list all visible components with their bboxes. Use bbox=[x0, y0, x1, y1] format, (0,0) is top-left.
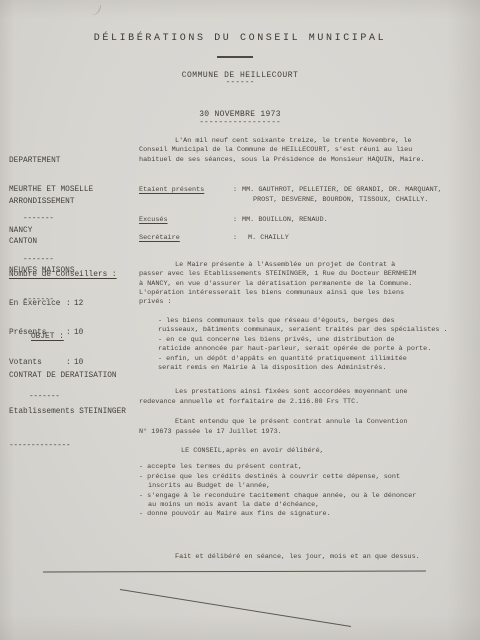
department-label: DEPARTEMENT bbox=[9, 157, 93, 167]
opening-paragraph: L'An mil neuf cent soixante treize, le t… bbox=[139, 137, 444, 165]
objet-heading: OBJET : bbox=[9, 333, 126, 343]
secretary-row: Secrétaire:M. CHAILLY bbox=[139, 234, 444, 243]
body-line: Le Maire présente à l'Assemblée un proje… bbox=[139, 261, 444, 270]
scanned-document-page: DÉLIBÉRATIONS DU CONSEIL MUNICIPAL COMMU… bbox=[0, 0, 480, 640]
convention-paragraph: Etant entendu que le présent contrat ann… bbox=[139, 418, 444, 437]
measure-line: - en ce qui concerne les biens privés, u… bbox=[139, 336, 444, 345]
fee-paragraph: Les prestations ainsi fixées sont accord… bbox=[139, 388, 444, 407]
objet-block: OBJET : CONTRAT DE DERATISATION Etabliss… bbox=[9, 313, 126, 471]
attendees-present-row: Etaient présents:MM. GAUTHROT, PELLETIER… bbox=[139, 186, 444, 195]
presents-label: Etaient présents bbox=[139, 186, 233, 195]
body-line: Les prestations ainsi fixées sont accord… bbox=[139, 388, 444, 397]
arrondissement-label: ARRONDISSEMENT bbox=[9, 198, 75, 208]
colon: : bbox=[233, 216, 242, 225]
deliberation-text: L'An mil neuf cent soixante treize, le t… bbox=[139, 137, 444, 562]
presents-names: MM. GAUTHROT, PELLETIER, DE GRANDI, DR. … bbox=[242, 186, 442, 195]
measure-line: ruisseaux, bâtiments communaux, seraient… bbox=[139, 326, 444, 335]
document-title: DÉLIBÉRATIONS DU CONSEIL MUNICIPAL bbox=[0, 33, 480, 44]
excuses-label: Excusés bbox=[139, 216, 233, 225]
decision-line: - donne pouvoir au Maire aux fins de sig… bbox=[139, 510, 444, 519]
date-dash-rule: ----------------- bbox=[0, 119, 480, 127]
body-line: L'An mil neuf cent soixante treize, le t… bbox=[139, 137, 444, 146]
commune-dash-rule: ------ bbox=[0, 79, 480, 87]
councillors-label: En Exercice bbox=[9, 300, 66, 310]
colon: : bbox=[233, 234, 242, 243]
body-line: N° 19673 passée le 17 Juillet 1973. bbox=[139, 428, 444, 437]
excuses-names: MM. BOUILLON, RENAUD. bbox=[242, 216, 328, 225]
colon: : bbox=[66, 300, 74, 310]
attendees-excused-row: Excusés:MM. BOUILLON, RENAUD. bbox=[139, 216, 444, 225]
decisions-list: - accepte les termes du présent contrat,… bbox=[139, 463, 444, 519]
objet-rule: -------------- bbox=[9, 442, 126, 452]
attendees-present: Etaient présents:MM. GAUTHROT, PELLETIER… bbox=[139, 186, 444, 205]
canton-label: CANTON bbox=[9, 238, 75, 248]
measure-line: raticide annoncée par haut-parleur, sera… bbox=[139, 345, 444, 354]
measure-line: serait remis en Mairie à la disposition … bbox=[139, 364, 444, 373]
secretary-name: M. CHAILLY bbox=[242, 234, 289, 243]
signature-diagonal-stroke bbox=[120, 589, 351, 627]
councillors-row-exercice: En Exercice:12 bbox=[9, 300, 117, 310]
objet-subject: CONTRAT DE DERATISATION bbox=[9, 372, 126, 382]
body-line: redevance annuelle et forfaitaire de 2.1… bbox=[139, 398, 444, 407]
measure-line: - les biens communaux tels que réseau d'… bbox=[139, 317, 444, 326]
decision-line: - accepte les termes du présent contrat, bbox=[139, 463, 444, 472]
contract-proposal-paragraph: Le Maire présente à l'Assemblée un proje… bbox=[139, 261, 444, 308]
councillors-heading: Nombre de Conseillers : bbox=[9, 271, 117, 281]
closing-formula: Fait et délibéré en séance, les jour, mo… bbox=[139, 553, 444, 562]
measures-list: - les biens communaux tels que réseau d'… bbox=[139, 317, 444, 373]
scan-crease-artifact bbox=[89, 3, 102, 17]
body-line: à NANCY, en vue d'assurer la dératisatio… bbox=[139, 280, 444, 289]
body-line: privés : bbox=[139, 298, 444, 307]
decision-line: - s'engage à le reconduire tacitement ch… bbox=[139, 492, 444, 501]
secretary-label: Secrétaire bbox=[139, 234, 233, 243]
body-line: L'opération intéresserait les biens comm… bbox=[139, 289, 444, 298]
body-line: habituel de ses séances, sous la Préside… bbox=[139, 156, 444, 165]
councillors-value: 12 bbox=[74, 300, 83, 310]
decision-line-continued: inscrits au Budget de l'année, bbox=[139, 482, 444, 491]
body-line: Etant entendu que le présent contrat ann… bbox=[139, 418, 444, 427]
body-line: passer avec les Etablissements STEININGE… bbox=[139, 270, 444, 279]
body-line: Conseil Municipal de la Commune de HEILL… bbox=[139, 146, 444, 155]
decision-line-continued: au moins un mois avant la date d'échéanc… bbox=[139, 501, 444, 510]
objet-company: Etablissements STEININGER bbox=[9, 408, 126, 418]
colon: : bbox=[233, 186, 242, 195]
presents-names-continued: PROST, DESVERNE, BOURDON, TISSOUX, CHAIL… bbox=[139, 196, 444, 205]
council-deliberation-phrase: LE CONSEIL,après en avoir délibéré, bbox=[139, 447, 444, 456]
decision-line: - précise que les crédits destinés à cou… bbox=[139, 473, 444, 482]
signature-rule-line bbox=[43, 570, 426, 572]
measure-line: - enfin, un dépôt d'appâts en quantité p… bbox=[139, 355, 444, 364]
title-underline bbox=[217, 56, 253, 58]
